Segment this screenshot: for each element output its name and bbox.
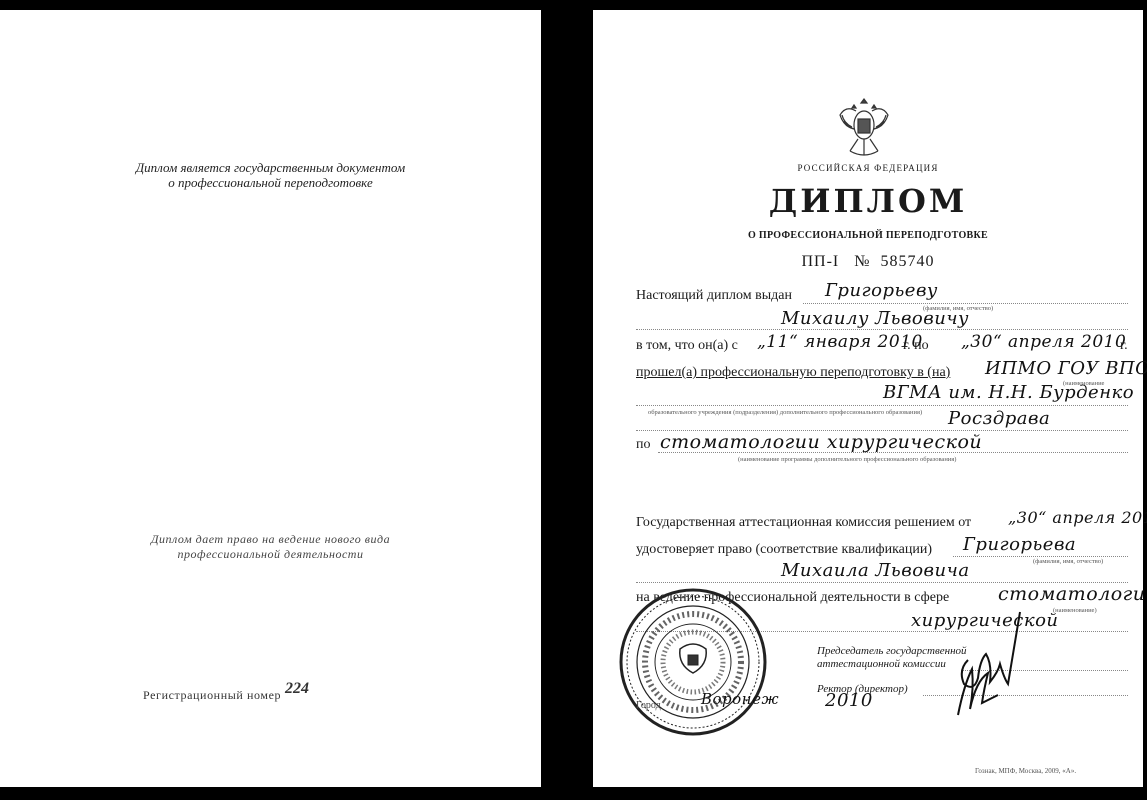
document-title: ДИПЛОМ bbox=[593, 182, 1143, 220]
institution-caption: образовательного учреждения (подразделен… bbox=[648, 409, 922, 416]
note-line-1: Диплом является государственным документ… bbox=[0, 160, 541, 175]
period-start: „11“ января 2010 bbox=[757, 332, 923, 352]
program-caption: (наименование программы дополнительного … bbox=[738, 456, 956, 463]
period-year-suffix: г. bbox=[1120, 338, 1128, 354]
country-name: РОССИЙСКАЯ ФЕДЕРАЦИЯ bbox=[593, 163, 1143, 173]
period-label: в том, что он(а) с bbox=[636, 338, 738, 354]
commission-label: Государственная аттестационная комиссия … bbox=[636, 515, 971, 531]
rights-line-1: Диплом дает право на ведение нового вида bbox=[0, 532, 541, 547]
document-subtitle: О ПРОФЕССИОНАЛЬНОЙ ПЕРЕПОДГОТОВКЕ bbox=[593, 230, 1143, 241]
rights-line-2: профессиональной деятельности bbox=[0, 547, 541, 562]
recipient-surname: Григорьеву bbox=[825, 280, 938, 301]
institution-line-2: ВГМА им. Н.Н. Бурденко bbox=[883, 382, 1134, 403]
activity-line-1: стоматологии bbox=[998, 583, 1147, 605]
coat-of-arms-icon bbox=[836, 95, 892, 161]
rights-note: Диплом дает право на ведение нового вида… bbox=[0, 532, 541, 562]
issue-year: 2010 bbox=[825, 690, 873, 711]
city-value: Воронеж bbox=[701, 690, 779, 708]
institution-line-1: ИПМО ГОУ ВПО bbox=[985, 358, 1147, 379]
series-number: ПП-I № 585740 bbox=[593, 253, 1143, 271]
period-mid-label: г. по bbox=[903, 338, 929, 354]
city-label: Город bbox=[636, 699, 661, 712]
recipient-name: Михаилу Львовичу bbox=[781, 308, 969, 329]
diploma-number: 585740 bbox=[881, 253, 935, 270]
certified-name: Михаила Львовича bbox=[781, 560, 970, 581]
issued-to-label: Настоящий диплом выдан bbox=[636, 288, 792, 304]
rector-signature-icon bbox=[948, 660, 1018, 720]
certified-fio-caption: (фамилия, имя, отчество) bbox=[1033, 558, 1103, 565]
state-document-note: Диплом является государственным документ… bbox=[0, 160, 541, 190]
printer-footer: Гознак, МПФ, Москва, 2009, «А». bbox=[975, 767, 1076, 775]
period-end: „30“ апреля 2010 bbox=[961, 332, 1126, 352]
certifies-label: удостоверяет право (соответствие квалифи… bbox=[636, 542, 932, 558]
official-seal-icon bbox=[618, 587, 768, 737]
activity-caption: (наименование) bbox=[1053, 607, 1097, 614]
commission-date: „30“ апреля 2010 bbox=[1008, 508, 1147, 527]
certified-surname: Григорьева bbox=[963, 534, 1076, 555]
diploma-front-page: РОССИЙСКАЯ ФЕДЕРАЦИЯ ДИПЛОМ О ПРОФЕССИОН… bbox=[593, 10, 1143, 787]
diploma-back-page: Диплом является государственным документ… bbox=[0, 10, 541, 787]
registration-number: 224 bbox=[285, 680, 309, 698]
note-line-2: о профессиональной переподготовке bbox=[0, 175, 541, 190]
institution-line-3: Росздрава bbox=[948, 408, 1050, 429]
registration-label: Регистрационный номер bbox=[143, 688, 281, 703]
passed-label: прошел(а) профессиональную переподготовк… bbox=[636, 365, 950, 381]
program-label: по bbox=[636, 437, 651, 453]
program-name: стоматологии хирургической bbox=[660, 431, 982, 453]
series: ПП-I bbox=[801, 253, 839, 270]
number-sign: № bbox=[854, 253, 870, 270]
passed-text: прошел(а) профессиональную переподготовк… bbox=[636, 365, 950, 380]
